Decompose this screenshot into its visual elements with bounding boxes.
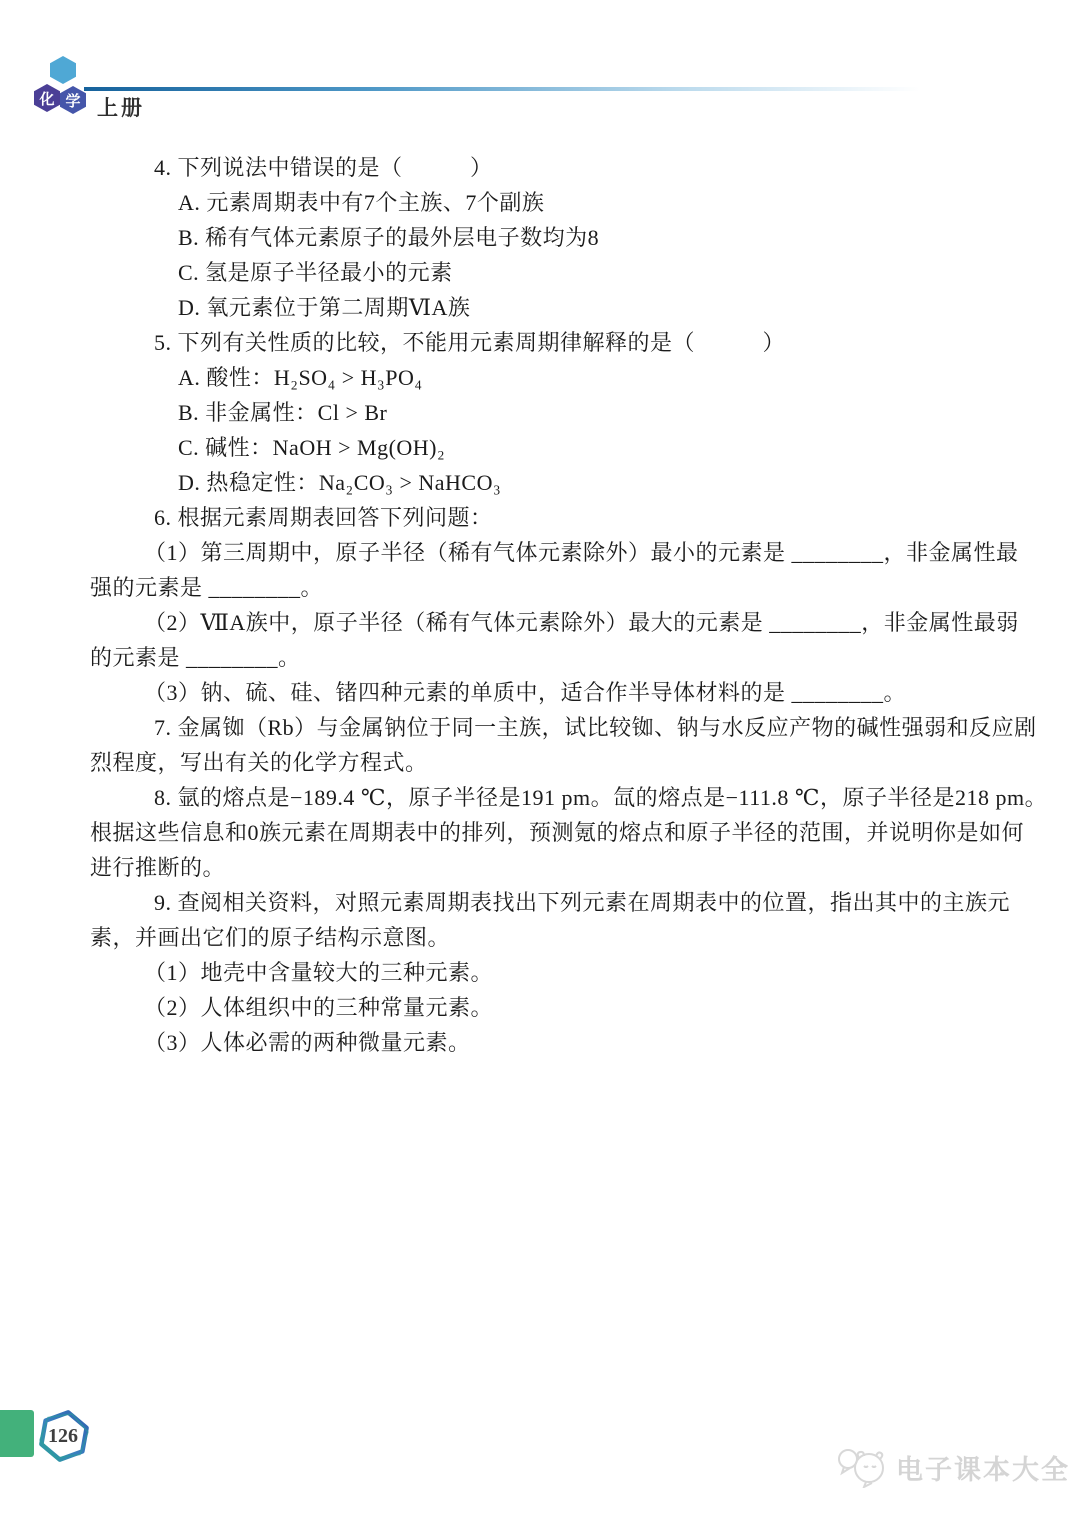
text-line-8: B. 非金属性：Cl > Br bbox=[90, 395, 995, 430]
textbook-page: { "header": { "logo_char_left": "化", "lo… bbox=[0, 0, 1080, 1515]
text-line-16: （3）钠、硫、硅、锗四种元素的单质中，适合作半导体材料的是 ________。 bbox=[90, 675, 995, 710]
text-line-5: D. 氧元素位于第二周期ⅥA族 bbox=[90, 290, 995, 325]
text-line-3: B. 稀有气体元素原子的最外层电子数均为8 bbox=[90, 220, 995, 255]
text-line-21: 进行推断的。 bbox=[90, 850, 995, 885]
text-line-26: （3）人体必需的两种微量元素。 bbox=[90, 1025, 995, 1060]
text-line-9: C. 碱性：NaOH > Mg(OH)₂ bbox=[90, 430, 995, 465]
logo-hexagon-hua: 化 bbox=[34, 84, 60, 112]
text-line-22: 9. 查阅相关资料，对照元素周期表找出下列元素在周期表中的位置，指出其中的主族元 bbox=[90, 885, 995, 920]
logo-hexagon-icon bbox=[50, 56, 76, 84]
text-line-15: 的元素是 ________。 bbox=[90, 640, 995, 675]
text-line-11: 6. 根据元素周期表回答下列问题： bbox=[90, 500, 995, 535]
text-line-13: 强的元素是 ________。 bbox=[90, 570, 995, 605]
text-line-14: （2）ⅦA族中，原子半径（稀有气体元素除外）最大的元素是 ________，非金… bbox=[90, 605, 995, 640]
watermark-logo-icon bbox=[836, 1446, 888, 1488]
text-line-23: 素，并画出它们的原子结构示意图。 bbox=[90, 920, 995, 955]
text-line-18: 烈程度，写出有关的化学方程式。 bbox=[90, 745, 995, 780]
text-line-6: 5. 下列有关性质的比较，不能用元素周期律解释的是（ ） bbox=[90, 325, 995, 360]
page-number: 126 bbox=[33, 1405, 93, 1467]
text-line-12: （1）第三周期中，原子半径（稀有气体元素除外）最小的元素是 ________，非… bbox=[90, 535, 995, 570]
text-line-17: 7. 金属铷（Rb）与金属钠位于同一主族，试比较铷、钠与水反应产物的碱性强弱和反… bbox=[90, 710, 995, 745]
header-rule-line bbox=[84, 87, 1034, 91]
exercise-text-block: 4. 下列说法中错误的是（ ）A. 元素周期表中有7个主族、7个副族B. 稀有气… bbox=[90, 150, 995, 1060]
text-line-19: 8. 氩的熔点是−189.4 ℃，原子半径是191 pm。氙的熔点是−111.8… bbox=[90, 780, 995, 815]
footer-green-bar bbox=[0, 1410, 34, 1457]
text-line-25: （2）人体组织中的三种常量元素。 bbox=[90, 990, 995, 1025]
page-number-badge: 126 bbox=[33, 1405, 93, 1467]
watermark-text: 电子课本大全 bbox=[896, 1448, 1070, 1487]
text-line-4: C. 氢是原子半径最小的元素 bbox=[90, 255, 995, 290]
text-line-10: D. 热稳定性：Na₂CO₃ > NaHCO₃ bbox=[90, 465, 995, 500]
text-line-24: （1）地壳中含量较大的三种元素。 bbox=[90, 955, 995, 990]
text-line-2: A. 元素周期表中有7个主族、7个副族 bbox=[90, 185, 995, 220]
text-line-7: A. 酸性：H₂SO₄ > H₃PO₄ bbox=[90, 360, 995, 395]
watermark: 电子课本大全 bbox=[836, 1446, 1070, 1488]
logo-char-right: 学 bbox=[65, 90, 80, 111]
logo-char-left: 化 bbox=[39, 88, 54, 109]
volume-label: 上册 bbox=[97, 92, 145, 122]
text-line-1: 4. 下列说法中错误的是（ ） bbox=[90, 150, 995, 185]
text-line-20: 根据这些信息和0族元素在周期表中的排列，预测氪的熔点和原子半径的范围，并说明你是… bbox=[90, 815, 995, 850]
logo-hexagon-xue: 学 bbox=[60, 86, 86, 114]
